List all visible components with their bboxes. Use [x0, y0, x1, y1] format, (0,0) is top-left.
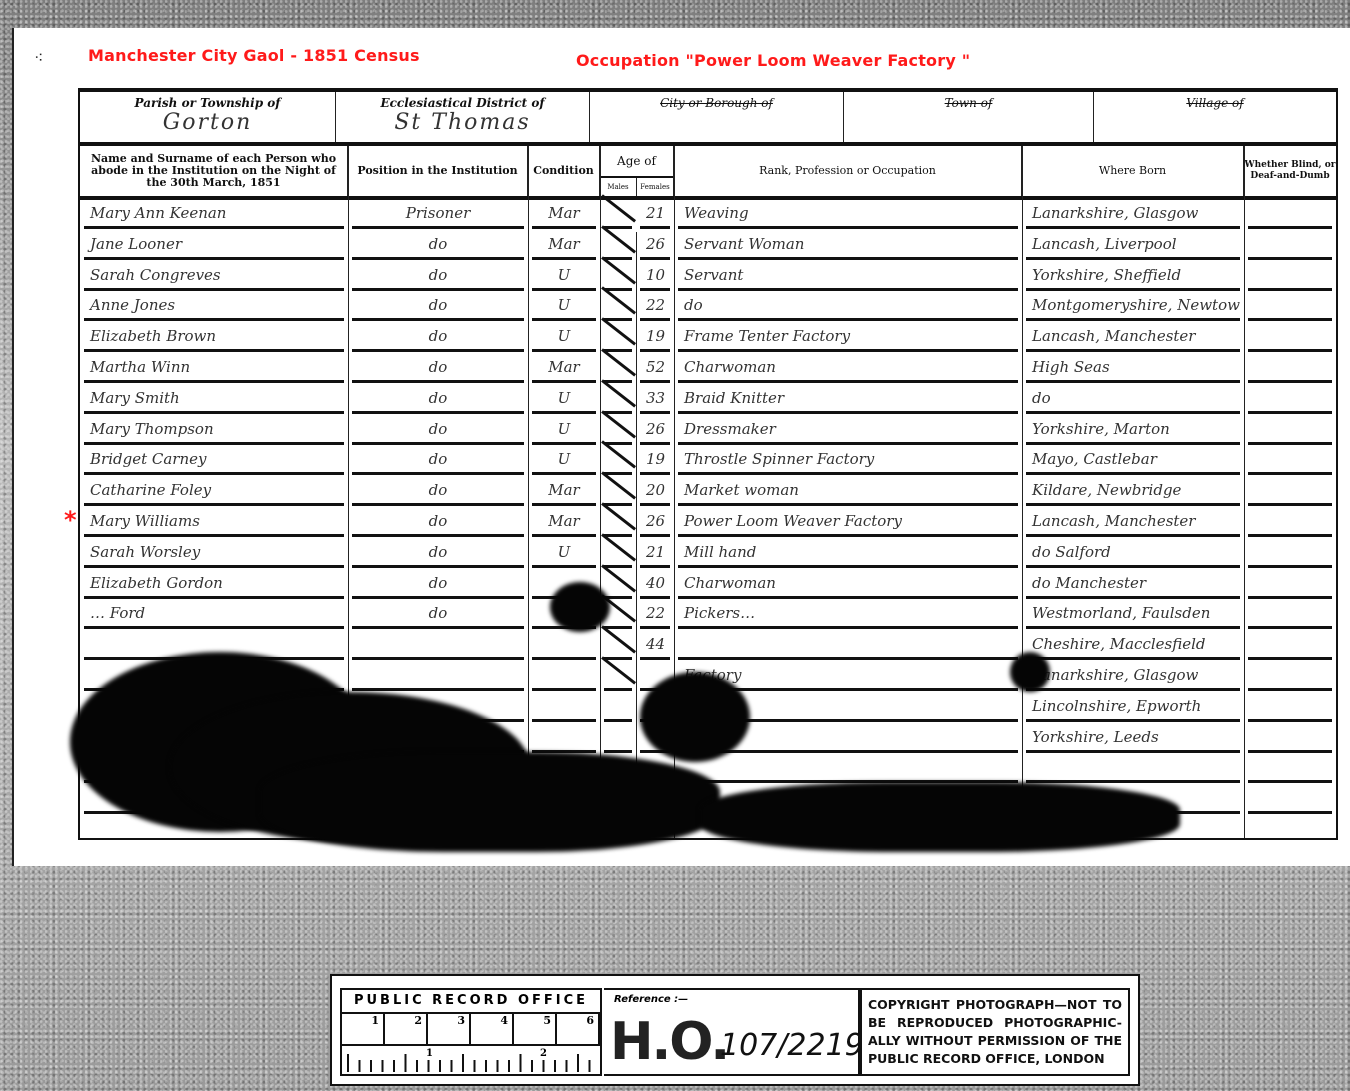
parish-cell: Parish or Township of Gorton [80, 92, 336, 142]
cell-born: Lancash, Manchester [1026, 323, 1240, 352]
ruler-mark: 2 [385, 1014, 428, 1044]
cell-blind [1248, 754, 1332, 783]
city-cell: City or Borough of [590, 92, 844, 142]
table-row: Martha WinndoMar52CharwomanHigh Seas [80, 354, 1336, 383]
cell-age-f: 26 [640, 508, 670, 537]
cell-name: Mary Ann Keenan [84, 200, 344, 229]
cell-condition [532, 724, 596, 753]
cell-blind [1248, 724, 1332, 753]
cell-name: Bridget Carney [84, 446, 344, 475]
cell-condition: U [532, 262, 596, 291]
ruler-mark: 5 [514, 1014, 557, 1044]
cell-blind [1248, 292, 1332, 321]
col-condition: Condition [528, 146, 600, 196]
ruler-mark: 3 [428, 1014, 471, 1044]
cell-position: do [352, 477, 524, 506]
cell-condition [532, 693, 596, 722]
cell-born: Lancash, Manchester [1026, 508, 1240, 537]
cell-born: Yorkshire, Sheffield [1026, 262, 1240, 291]
cell-age-f: 21 [640, 200, 670, 229]
cell-occupation: Pickers… [678, 600, 1018, 629]
cell-name: Jane Looner [84, 231, 344, 260]
cell-condition: Mar [532, 508, 596, 537]
cell-blind [1248, 477, 1332, 506]
cell-blind [1248, 446, 1332, 475]
col-born: Where Born [1022, 146, 1244, 196]
cell-occupation: Charwoman [678, 354, 1018, 383]
cell-age-f: 22 [640, 600, 670, 629]
cell-occupation: Dressmaker [678, 416, 1018, 445]
cell-name: Mary Thompson [84, 416, 344, 445]
ink-stain [260, 752, 720, 852]
reference-number: 107/2219 [720, 1028, 864, 1063]
parish-value: Gorton [80, 110, 335, 135]
cell-occupation: do [678, 292, 1018, 321]
ink-stain [1010, 652, 1050, 692]
cell-blind [1248, 600, 1332, 629]
cell-blind [1248, 416, 1332, 445]
cell-condition: Mar [532, 354, 596, 383]
census-form: Parish or Township of Gorton Ecclesiasti… [78, 88, 1338, 840]
cell-born: Lanarkshire, Glasgow [1026, 200, 1240, 229]
village-cell: Village of [1094, 92, 1336, 142]
table-row: Anne JonesdoU22doMontgomeryshire, Newtow… [80, 292, 1336, 321]
cell-position: do [352, 385, 524, 414]
cell-blind [1248, 662, 1332, 691]
ink-stain [550, 582, 610, 632]
ecclesiastical-value: St Thomas [336, 110, 589, 135]
cell-name: Mary Williams [84, 508, 344, 537]
cell-condition: U [532, 292, 596, 321]
age-females-label: Females [637, 178, 673, 196]
location-header: Parish or Township of Gorton Ecclesiasti… [80, 92, 1336, 146]
table-row: Mary Ann KeenanPrisonerMar21WeavingLanar… [80, 200, 1336, 229]
cell-position: do [352, 570, 524, 599]
cell-age-m [604, 724, 632, 753]
pro-title: PUBLIC RECORD OFFICE [342, 990, 600, 1014]
ruler-cm: 12 [342, 1044, 600, 1074]
town-label: Town of [844, 96, 1093, 110]
cell-condition: Mar [532, 231, 596, 260]
town-cell: Town of [844, 92, 1094, 142]
cell-born: do Manchester [1026, 570, 1240, 599]
ecclesiastical-cell: Ecclesiastical District of St Thomas [336, 92, 590, 142]
cell-name: … Ford [84, 600, 344, 629]
cell-condition [532, 631, 596, 660]
table-row: Elizabeth Gordondo40Charwomando Manchest… [80, 570, 1336, 599]
table-row: Mary WilliamsdoMar26Power Loom Weaver Fa… [80, 508, 1336, 537]
cell-position: do [352, 446, 524, 475]
cell-born: Mayo, Castlebar [1026, 446, 1240, 475]
ink-stain [640, 672, 750, 762]
cell-position [352, 662, 524, 691]
col-occupation: Rank, Profession or Occupation [674, 146, 1022, 196]
cell-born: Lancash, Liverpool [1026, 231, 1240, 260]
cell-position: do [352, 262, 524, 291]
cell-name: Martha Winn [84, 354, 344, 383]
cell-position: do [352, 323, 524, 352]
cell-blind [1248, 508, 1332, 537]
cell-condition: Mar [532, 200, 596, 229]
table-row: … Forddo22Pickers…Westmorland, Faulsden [80, 600, 1336, 629]
cell-occupation: Servant Woman [678, 231, 1018, 260]
public-record-office-label: PUBLIC RECORD OFFICE 123456 12 Reference… [330, 974, 1140, 1086]
cell-age-f: 10 [640, 262, 670, 291]
cell-name: Elizabeth Gordon [84, 570, 344, 599]
cell-occupation [678, 754, 1018, 783]
cell-condition: Mar [532, 477, 596, 506]
cell-position: do [352, 600, 524, 629]
ink-speck-icon: ⁖ [34, 48, 43, 67]
cell-condition: U [532, 446, 596, 475]
cell-blind [1248, 354, 1332, 383]
cell-name: Catharine Foley [84, 477, 344, 506]
reference-prefix: H.O. [610, 1012, 728, 1072]
cell-born: Yorkshire, Marton [1026, 416, 1240, 445]
cell-blind [1248, 631, 1332, 660]
cell-condition: U [532, 323, 596, 352]
cell-age-f: 52 [640, 354, 670, 383]
col-name: Name and Surname of each Person who abod… [80, 146, 348, 196]
cell-blind [1248, 539, 1332, 568]
ruler-inches: 123456 [342, 1014, 600, 1046]
cell-born: Montgomeryshire, Newtown [1026, 292, 1240, 321]
table-row: Mary ThompsondoU26DressmakerYorkshire, M… [80, 416, 1336, 445]
ruler-ticks-icon: 12 [342, 1044, 600, 1074]
cell-occupation: Servant [678, 262, 1018, 291]
cell-occupation: Charwoman [678, 570, 1018, 599]
parish-label: Parish or Township of [80, 96, 335, 110]
cell-condition: U [532, 385, 596, 414]
ruler-mark: 4 [471, 1014, 514, 1044]
city-label: City or Borough of [590, 96, 843, 110]
cell-born: Lincolnshire, Epworth [1026, 693, 1240, 722]
cell-position [352, 631, 524, 660]
ink-stain [700, 782, 1180, 852]
cell-blind [1248, 693, 1332, 722]
cell-born: Westmorland, Faulsden [1026, 600, 1240, 629]
cell-condition [532, 662, 596, 691]
cell-blind [1248, 570, 1332, 599]
cell-age-f: 19 [640, 323, 670, 352]
annotation-occupation-note: Occupation "Power Loom Weaver Factory " [576, 51, 970, 70]
cell-name: Sarah Worsley [84, 539, 344, 568]
cell-born [1026, 754, 1240, 783]
cell-position: do [352, 416, 524, 445]
cell-occupation: Weaving [678, 200, 1018, 229]
cell-age-f: 26 [640, 416, 670, 445]
village-label: Village of [1094, 96, 1336, 110]
copyright-notice: COPYRIGHT PHOTOGRAPH—NOT TO BE REPRODUCE… [860, 988, 1130, 1076]
cell-born: Cheshire, Macclesfield [1026, 631, 1240, 660]
cell-age-f: 19 [640, 446, 670, 475]
reference-label: Reference :— [614, 994, 688, 1005]
column-header-row: Name and Surname of each Person who abod… [80, 146, 1336, 200]
ruler-mark: 1 [342, 1014, 385, 1044]
cell-age-f: 21 [640, 539, 670, 568]
cell-age-f: 20 [640, 477, 670, 506]
cell-born: Kildare, Newbridge [1026, 477, 1240, 506]
cell-blind [1248, 200, 1332, 229]
svg-text:1: 1 [426, 1048, 433, 1059]
svg-text:2: 2 [540, 1048, 547, 1059]
table-row: Jane LoonerdoMar26Servant WomanLancash, … [80, 231, 1336, 260]
cell-occupation: Throstle Spinner Factory [678, 446, 1018, 475]
table-row: Catharine FoleydoMar20Market womanKildar… [80, 477, 1336, 506]
table-row: Mary SmithdoU33Braid Knitterdo [80, 385, 1336, 414]
cell-position: do [352, 231, 524, 260]
annotation-title: Manchester City Gaol - 1851 Census [88, 46, 420, 65]
cell-position: do [352, 539, 524, 568]
table-row: Sarah WorsleydoU21Mill handdo Salford [80, 539, 1336, 568]
table-row: Bridget CarneydoU19Throstle Spinner Fact… [80, 446, 1336, 475]
cell-age-f: 40 [640, 570, 670, 599]
cell-position: do [352, 354, 524, 383]
ecclesiastical-label: Ecclesiastical District of [336, 96, 589, 110]
col-age: Age of Males Females [600, 146, 674, 196]
cell-age-f: 22 [640, 292, 670, 321]
cell-born: do [1026, 385, 1240, 414]
cell-age-f: 33 [640, 385, 670, 414]
cell-name: Anne Jones [84, 292, 344, 321]
cell-blind [1248, 323, 1332, 352]
cell-occupation: Braid Knitter [678, 385, 1018, 414]
cell-position: do [352, 508, 524, 537]
cell-position: Prisoner [352, 200, 524, 229]
cell-blind [1248, 231, 1332, 260]
cell-born: Lanarkshire, Glasgow [1026, 662, 1240, 691]
cell-occupation: Power Loom Weaver Factory [678, 508, 1018, 537]
cell-name: Mary Smith [84, 385, 344, 414]
reference-box: Reference :— H.O. 107/2219 [604, 988, 860, 1076]
col-position: Position in the Institution [348, 146, 528, 196]
pro-ruler-box: PUBLIC RECORD OFFICE 123456 12 [340, 988, 602, 1076]
cell-occupation [678, 631, 1018, 660]
highlight-asterisk-icon: * [64, 506, 77, 534]
cell-occupation: Market woman [678, 477, 1018, 506]
table-row: Elizabeth BrowndoU19Frame Tenter Factory… [80, 323, 1336, 352]
cell-blind [1248, 785, 1332, 814]
cell-blind [1248, 385, 1332, 414]
cell-born: Yorkshire, Leeds [1026, 724, 1240, 753]
cell-occupation: Mill hand [678, 539, 1018, 568]
cell-condition: U [532, 416, 596, 445]
cell-name: Sarah Congreves [84, 262, 344, 291]
cell-age-f: 26 [640, 231, 670, 260]
age-label: Age of [600, 146, 673, 178]
cell-born: do Salford [1026, 539, 1240, 568]
cell-occupation: Frame Tenter Factory [678, 323, 1018, 352]
ruler-mark: 6 [557, 1014, 600, 1044]
col-blind: Whether Blind, or Deaf-and-Dumb [1244, 146, 1336, 196]
table-row: Sarah CongrevesdoU10ServantYorkshire, Sh… [80, 262, 1336, 291]
cell-age-f: 44 [640, 631, 670, 660]
cell-blind [1248, 262, 1332, 291]
cell-born: High Seas [1026, 354, 1240, 383]
age-males-label: Males [600, 178, 637, 196]
cell-position: do [352, 292, 524, 321]
cell-age-m [604, 693, 632, 722]
cell-name: Elizabeth Brown [84, 323, 344, 352]
cell-condition: U [532, 539, 596, 568]
